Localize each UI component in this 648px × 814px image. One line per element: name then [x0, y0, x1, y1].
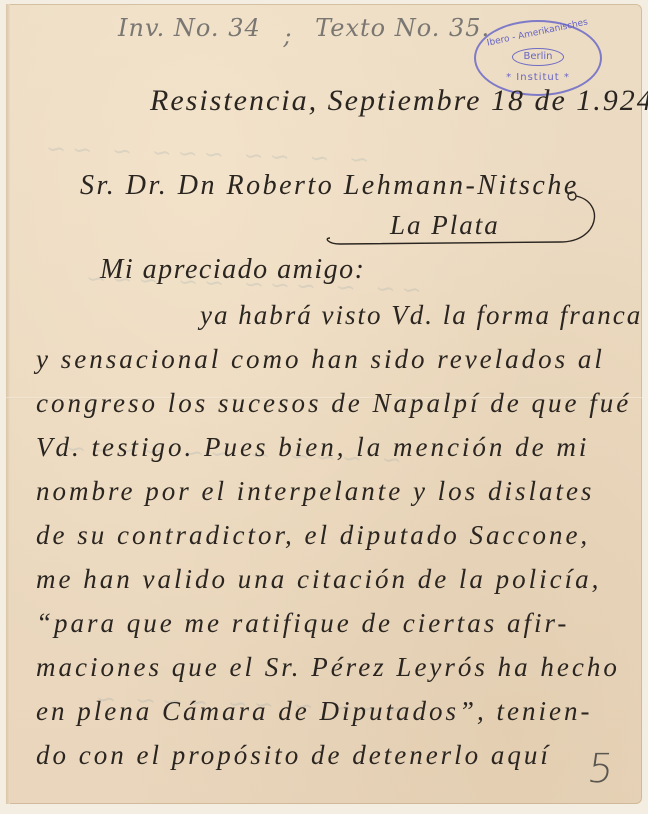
body-line: en plena Cámara de Diputados”, tenien- — [36, 696, 592, 727]
signature-flourish — [300, 180, 620, 250]
paper-edge — [6, 4, 10, 804]
stamp-bottom-text: * Institut * — [476, 72, 600, 83]
body-line: Vd. testigo. Pues bien, la mención de mi — [36, 432, 589, 463]
body-line: ya habrá visto Vd. la forma franca — [200, 300, 642, 331]
body-line: congreso los sucesos de Napalpí de que f… — [36, 388, 631, 419]
body-line: maciones que el Sr. Pérez Leyrós ha hech… — [36, 652, 620, 683]
body-line: “para que me ratifique de ciertas afir- — [36, 608, 569, 639]
body-line: nombre por el interpelante y los dislate… — [36, 476, 594, 507]
inventory-number: Inv. No. 34 — [118, 14, 261, 42]
text-number: Texto No. 35. — [315, 14, 490, 42]
date-line: Resistencia, Septiembre 18 de 1.924 — [150, 84, 648, 118]
stamp-center-text: Berlin — [512, 48, 564, 66]
annotation-separator: ; — [283, 22, 292, 50]
archive-annotation: Inv. No. 34 ; Texto No. 35. — [118, 14, 490, 42]
body-line: y sensacional como han sido revelados al — [36, 344, 605, 375]
body-line: de su contradictor, el diputado Saccone, — [36, 520, 590, 551]
body-line: do con el propósito de detenerlo aquí — [36, 740, 551, 771]
salutation: Mi apreciado amigo: — [100, 254, 365, 286]
scanned-page: ​~ ~ ~~ ~~~ ~ ~~ ​~~ ~ ~~~ ~~ ~~~ ​~ ~~~… — [0, 0, 648, 814]
body-line: me han valido una citación de la policía… — [36, 564, 601, 595]
